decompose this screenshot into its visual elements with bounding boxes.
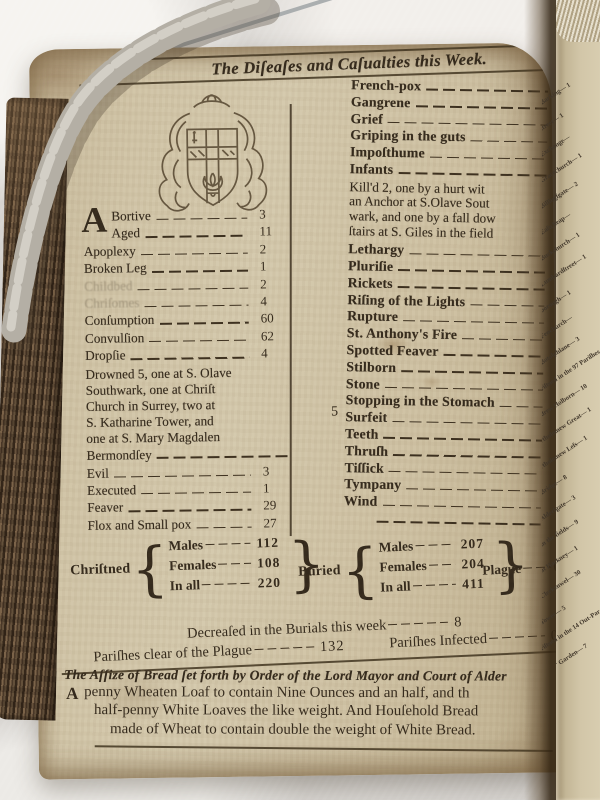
leader-dashes: [205, 548, 250, 549]
parishes-clear-value: 132: [316, 638, 345, 656]
leader-dashes: [413, 589, 457, 591]
leader-dashes: [219, 568, 252, 569]
disease-label: Flox and Small pox: [87, 516, 193, 533]
diseases-left-column: A Bortive 3 Aged 11: [83, 206, 294, 535]
disease-label: Impoſthume: [350, 144, 427, 161]
leader-dashes: [388, 627, 448, 630]
assize-dropcap-a: A: [66, 684, 78, 704]
leader-dashes: [152, 259, 249, 278]
leader-dashes: [141, 241, 248, 260]
disease-label: Lethargy: [348, 241, 406, 258]
leader-dashes: [202, 588, 252, 590]
total-value: 207: [456, 535, 491, 552]
disease-label: Tiſſick: [344, 460, 386, 477]
leader-dashes: [149, 328, 249, 347]
disease-label: Tympany: [344, 476, 403, 493]
disease-count: 3: [254, 463, 293, 480]
leader-dashes: [398, 276, 545, 295]
leader-dashes: [156, 207, 248, 226]
disease-label: [344, 510, 374, 511]
drowned-last-label: Bermondſey: [86, 447, 153, 464]
disease-count: 62: [252, 328, 291, 345]
total-key: Males: [378, 538, 413, 555]
disease-count: 11: [250, 223, 289, 240]
disease-label: Stopping in the Stomach: [346, 392, 497, 411]
decreased-value: 8: [450, 614, 463, 631]
disease-label: Griping in the guts: [350, 128, 468, 146]
total-value: 220: [254, 575, 288, 592]
leader-dashes: [157, 445, 290, 464]
disease-label: Broken Leg: [84, 260, 149, 277]
killd-note: Kill'd 2, one by a hurt wit an Anchor at…: [349, 180, 550, 242]
christned-label: Chriſtned: [70, 562, 131, 580]
left-top-rows: Bortive 3 Aged 11 Apoplexy 2: [83, 206, 291, 365]
disease-label: Childbed: [84, 278, 135, 295]
assize-heading: The Aſſize of Bread ſet forth by Order o…: [64, 667, 558, 685]
drowned-count: 5: [331, 404, 338, 420]
total-key: Females: [379, 558, 427, 576]
disease-label: Rickets: [348, 275, 395, 292]
bottom-rule: [95, 745, 553, 751]
assize-line: half-penny White Loaves the like weight.…: [94, 701, 558, 721]
brace-open: {: [341, 539, 380, 602]
disease-label: Executed: [87, 482, 138, 499]
disease-label: Evil: [87, 465, 111, 481]
total-key: Males: [168, 537, 203, 554]
disease-count: 4: [252, 345, 291, 362]
leader-dashes: [159, 311, 249, 330]
disease-count: 1: [254, 480, 293, 497]
leader-dashes: [137, 276, 248, 295]
christned-group: Chriſtned { Males 112 Females 108: [69, 533, 327, 601]
disease-count: 27: [254, 515, 293, 532]
assize-line: made of Wheat to contain double the weig…: [110, 720, 558, 740]
photo-background: The Diſeaſes and Caſualties this Week. A: [0, 0, 600, 800]
leader-dashes: [415, 549, 454, 551]
right-bottom-rows: Lethargy Pluriſie Rickets Riſing: [343, 241, 548, 530]
diseases-right-column: French-pox Gangrene Grief Gripin: [343, 77, 551, 530]
disease-label: Surfeit: [345, 409, 389, 426]
parishes-clear-text: Pariſhes clear of the Plague: [93, 642, 252, 666]
disease-label: Apoplexy: [84, 243, 138, 260]
leader-dashes: [130, 346, 249, 365]
disease-label: Spotted Feaver: [346, 342, 440, 360]
disease-label: Pluriſie: [348, 258, 396, 275]
disease-label: Gangrene: [351, 94, 413, 111]
disease-label: Feaver: [87, 500, 125, 517]
page-edges-texture: [556, 0, 600, 42]
brace-open: {: [130, 538, 169, 600]
leader-dashes: [145, 224, 248, 243]
disease-label: Riſing of the Lights: [347, 292, 467, 310]
disease-count: 1: [251, 258, 290, 275]
facing-page-text: — Barking— 1 — ſtreet— 1 — Exchange— — G…: [542, 44, 600, 664]
parishes-infected-text: Pariſhes Infected: [389, 631, 488, 652]
disease-label: St. Anthony's Fire: [347, 325, 460, 343]
disease-row: Infants: [350, 161, 550, 181]
buried-label: Buried: [298, 563, 341, 581]
total-row: In all 411: [380, 575, 493, 599]
disease-label: Chriſomes: [84, 295, 141, 312]
right-top-rows: French-pox Gangrene Grief Gripin: [350, 77, 552, 181]
bill-page: The Diſeaſes and Caſualties this Week. A: [29, 42, 561, 779]
disease-label: Stilborn: [346, 359, 398, 376]
disease-row: [343, 510, 543, 530]
drowned-note: Drowned 5, one at S. Olave Southwark, on…: [85, 363, 292, 466]
disease-label: Conſumption: [85, 312, 157, 329]
disease-count: 4: [251, 293, 290, 310]
total-key: In all: [170, 577, 201, 594]
plague-label: Plague: [482, 561, 522, 579]
disease-label: Stone: [346, 376, 382, 393]
total-value: 108: [253, 555, 287, 572]
assize-line: penny Wheaten Loaf to contain Nine Ounce…: [84, 683, 558, 703]
disease-count: 2: [251, 241, 290, 258]
leader-dashes: [141, 481, 251, 500]
assize-of-bread-section: The Aſſize of Bread ſet forth by Order o…: [64, 667, 558, 740]
disease-label: Dropſie: [85, 347, 128, 364]
disease-count: 29: [254, 497, 293, 514]
buried-rows: Males 207 Females 204 In all 411: [378, 535, 492, 599]
killd-note-line: ſtairs at S. Giles in the field: [349, 224, 549, 242]
total-row: In all 220: [170, 575, 289, 599]
disease-row: Flox and Small pox 27: [87, 515, 293, 535]
disease-count: 2: [251, 276, 290, 293]
disease-label: Convulſion: [85, 330, 147, 347]
total-key: In all: [380, 579, 411, 596]
leader-dashes: [376, 511, 540, 531]
drowned-note-lines: Drowned 5, one at S. Olave Southwark, on…: [85, 364, 292, 448]
leader-dashes: [128, 498, 251, 517]
leader-dashes: [114, 463, 251, 482]
disease-count: 3: [250, 206, 289, 223]
total-key: Females: [169, 557, 217, 574]
leader-dashes: [429, 569, 456, 570]
disease-label: Infants: [350, 161, 396, 178]
disease-label: Thruſh: [345, 443, 391, 460]
disease-label: Wind: [344, 493, 380, 510]
disease-count: 60: [252, 310, 291, 327]
disease-label: Rupture: [347, 308, 400, 325]
left-bottom-rows: Evil 3 Executed 1 Feaver 29: [87, 463, 294, 535]
leader-dashes: [196, 515, 252, 533]
killd-note-lines: Kill'd 2, one by a hurt wit an Anchor at…: [349, 180, 550, 242]
leader-dashes: [385, 376, 543, 396]
total-value: 112: [252, 535, 286, 552]
disease-label: Grief: [350, 111, 385, 128]
leader-dashes: [144, 294, 248, 313]
christned-rows: Males 112 Females 108 In all 220: [168, 535, 288, 599]
disease-label: French-pox: [351, 77, 423, 94]
disease-label: Teeth: [345, 426, 381, 443]
leader-dashes: [254, 651, 314, 654]
dropcap-a: A: [81, 202, 108, 238]
facing-page-edge: — Barking— 1 — ſtreet— 1 — Exchange— — G…: [556, 0, 600, 800]
drowned-last-row: Bermondſey: [86, 445, 292, 465]
